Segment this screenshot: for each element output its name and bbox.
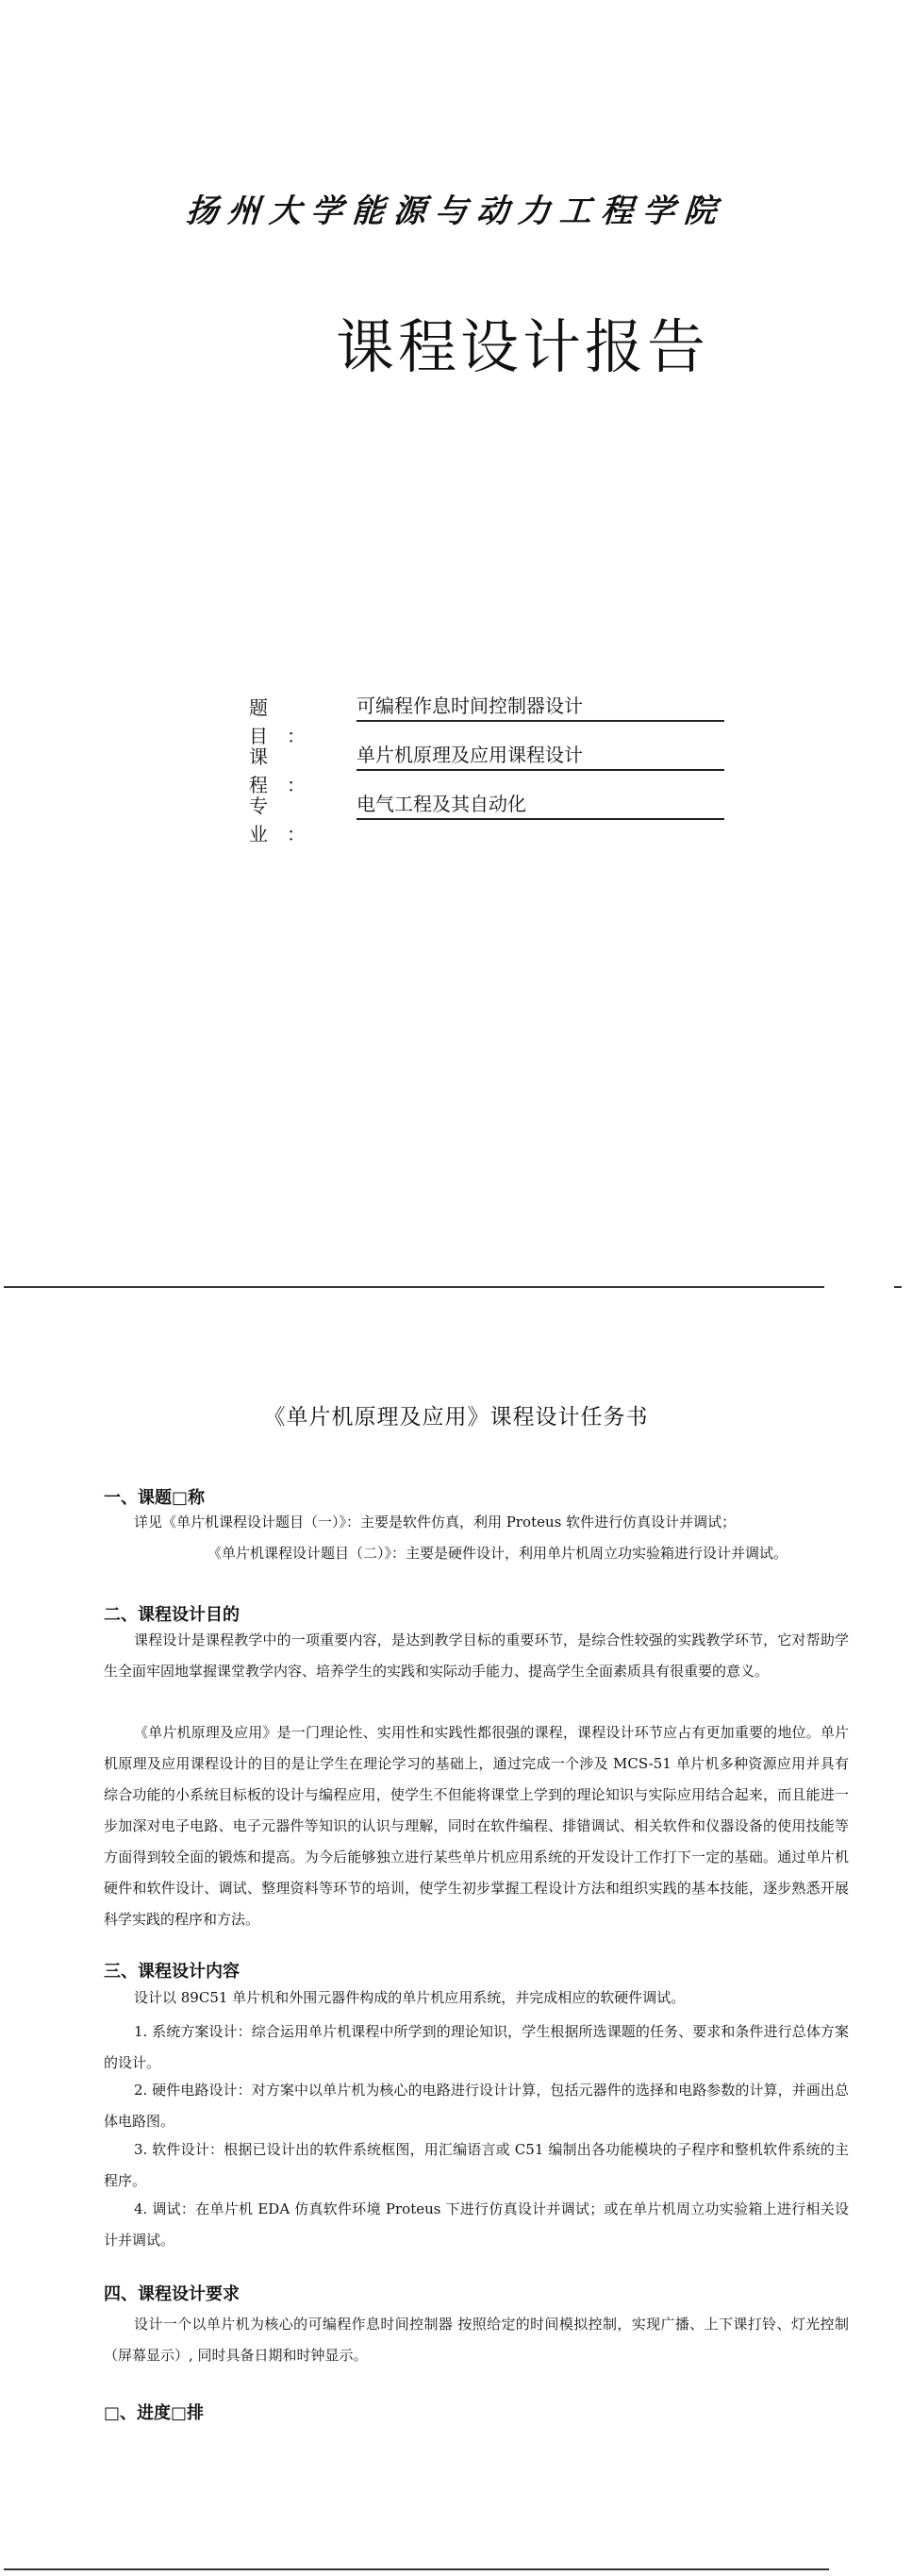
- field-label: 专 业：: [249, 792, 362, 848]
- section-paragraph: 设计以 89C51 单片机和外围元器件构成的单片机应用系统，并完成相应的软硬件调…: [104, 1982, 849, 2014]
- cover-page: 扬州大学能源与动力工程学院 课程设计报告 题 目： 可编程作息时间控制器设计 课…: [0, 0, 912, 1285]
- section-paragraph: 设计一个以单片机为核心的可编程作息时间控制器 按照给定的时间模拟控制，实现广播、…: [104, 2309, 849, 2371]
- section-paragraph: 课程设计是课程教学中的一项重要内容，是达到教学目标的重要环节，是综合性较强的实践…: [104, 1625, 849, 1687]
- section-paragraph: 2. 硬件电路设计：对方案中以单片机为核心的电路进行设计计算，包括元器件的选择和…: [104, 2075, 849, 2137]
- section-paragraph: 《单片机原理及应用》是一门理论性、实用性和实践性都很强的课程，课程设计环节应占有…: [104, 1717, 849, 1935]
- field-value: 可编程作息时间控制器设计: [357, 694, 724, 722]
- report-title: 课程设计报告: [336, 300, 709, 384]
- page-divider: [4, 1286, 824, 1288]
- field-value: 电气工程及其自动化: [357, 792, 724, 820]
- section-paragraph: 详见《单片机课程设计题目（一）》：主要是软件仿真，利用 Proteus 软件进行…: [104, 1507, 839, 1538]
- section-paragraph: 《单片机课程设计题目（二）》：主要是硬件设计，利用单片机周立功实验箱进行设计并调…: [207, 1538, 849, 1569]
- field-label: 课 程：: [249, 743, 362, 799]
- section-heading: 三、课程设计内容: [104, 1959, 240, 1985]
- section-heading: 四、课程设计要求: [104, 2282, 240, 2308]
- section-heading: □、进度□排: [104, 2400, 204, 2427]
- section-paragraph: 3. 软件设计：根据已设计出的软件系统框图，用汇编语言或 C51 编制出各功能模…: [104, 2134, 849, 2197]
- page-divider: [4, 2568, 829, 2570]
- section-paragraph: 4. 调试：在单片机 EDA 仿真软件环境 Proteus 下进行仿真设计并调试…: [104, 2194, 849, 2256]
- field-label: 题 目：: [249, 694, 362, 750]
- field-value: 单片机原理及应用课程设计: [357, 743, 724, 771]
- school-name: 扬州大学能源与动力工程学院: [0, 185, 912, 231]
- task-book-title: 《单片机原理及应用》课程设计任务书: [0, 1399, 912, 1430]
- page-divider-tick: [894, 1286, 902, 1288]
- section-paragraph: 1. 系统方案设计：综合运用单片机课程中所学到的理论知识，学生根据所选课题的任务…: [104, 2016, 849, 2079]
